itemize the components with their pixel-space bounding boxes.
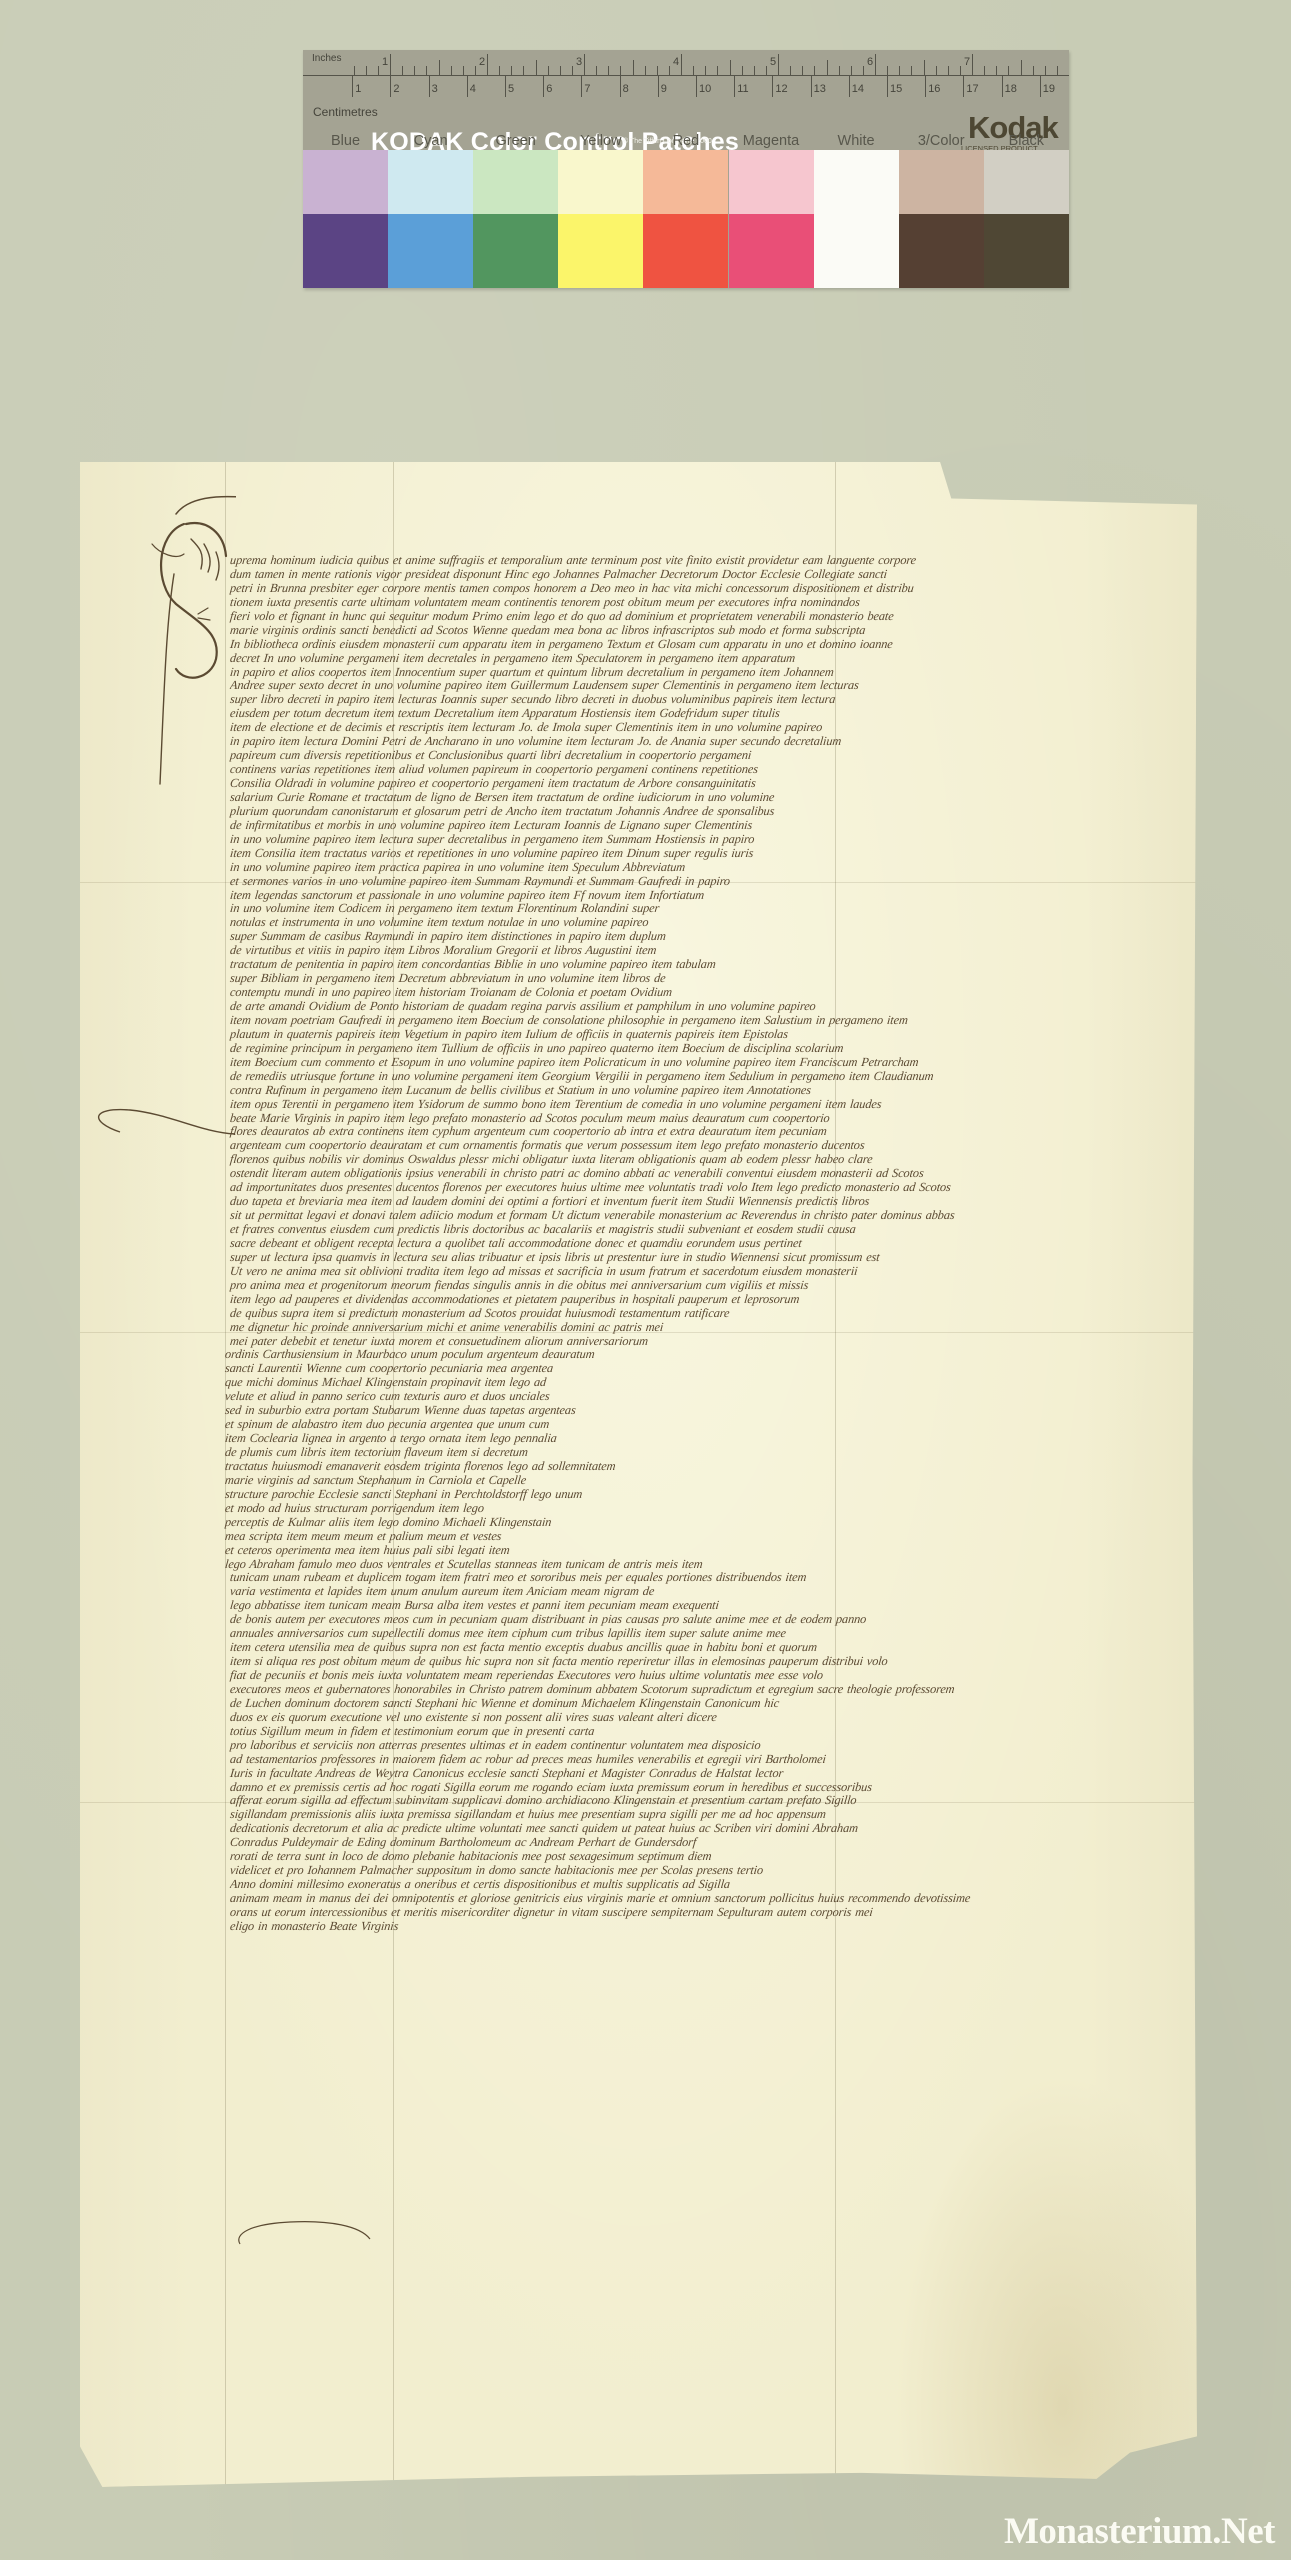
- ruler-inch-number: 1: [382, 56, 388, 68]
- manuscript-line: de infirmitatibus et morbis in uno volum…: [229, 819, 1205, 833]
- manuscript-line: et spinum de alabastro item duo pecunia …: [224, 1418, 1205, 1432]
- ruler-inch-tick: [936, 66, 937, 75]
- manuscript-line: de remediis utriusque fortune in uno vol…: [229, 1070, 1205, 1084]
- manuscript-line: animam meam in manus dei dei omnipotenti…: [229, 1892, 1205, 1906]
- manuscript-line: de Luchen dominum doctorem sancti Stepha…: [229, 1697, 1205, 1711]
- manuscript-line: notulas et instrumenta in uno volumine i…: [229, 916, 1205, 930]
- ruler-inch-tick: [693, 66, 694, 75]
- manuscript-line: pro anima mea et progenitorum meorum fie…: [229, 1279, 1205, 1293]
- ruler-cm-number: 15: [890, 83, 902, 95]
- color-patches: [303, 150, 1069, 288]
- manuscript-line: Consilia Oldradi in volumine papireo et …: [229, 777, 1205, 791]
- manuscript-line: fieri volo et fignant in hunc qui sequit…: [229, 610, 1205, 624]
- manuscript-line: in papiro item lectura Domini Petri de A…: [229, 735, 1205, 749]
- patch-light-cyan: [388, 150, 473, 214]
- ruler-inch-tick: [717, 66, 718, 75]
- manuscript-line: Ut vero ne anima mea sit oblivioni tradi…: [229, 1265, 1205, 1279]
- ruler-inch-tick: [814, 66, 815, 75]
- ruler-inch-number: 7: [964, 56, 970, 68]
- patch-light-green: [473, 150, 558, 214]
- ruler-cm-tick: [772, 75, 773, 97]
- manuscript-line: super Bibliam in pergameno item Decretum…: [229, 972, 1205, 986]
- manuscript-line: flores deauratos ab extra continens item…: [229, 1125, 1205, 1139]
- ruler-cm-tick: [925, 75, 926, 97]
- ruler-inch-tick: [378, 66, 379, 75]
- ruler-cm-tick: [390, 75, 391, 97]
- manuscript-line: de virtutibus et vitiis in papiro item L…: [229, 944, 1205, 958]
- patch-light-yellow: [558, 150, 643, 214]
- ruler-inch-tick: [778, 54, 779, 75]
- manuscript-line: item Coclearia lignea in argento a tergo…: [224, 1432, 1205, 1446]
- manuscript-line: Andree super sexto decret in uno volumin…: [229, 679, 1205, 693]
- manuscript-line: florenos quibus nobilis vir dominus Oswa…: [229, 1153, 1205, 1167]
- manuscript-line: lego abbatisse item tunicam meam Bursa a…: [229, 1599, 1205, 1613]
- patch-dark-cyan: [388, 214, 473, 288]
- manuscript-line: eiusdem per totum decretum item textum D…: [229, 707, 1205, 721]
- manuscript-line: varia vestimenta et lapides item unum an…: [229, 1585, 1205, 1599]
- ruler-inch-tick: [863, 66, 864, 75]
- ruler-cm-tick: [581, 75, 582, 97]
- ruler-inch-tick: [972, 54, 973, 75]
- ruler: Inches 123456712345678910111213141516171…: [303, 50, 1069, 98]
- ruler-inch-tick: [1008, 66, 1009, 75]
- manuscript-line: damno et ex premissis certis ad hoc roga…: [229, 1781, 1205, 1795]
- ruler-inch-tick: [887, 66, 888, 75]
- patch-light-blue: [303, 150, 388, 214]
- manuscript-line: et ceteros operimenta mea item huius pal…: [224, 1544, 1205, 1558]
- manuscript-line: contra Rufinum in pergameno item Lucanum…: [229, 1084, 1205, 1098]
- ruler-cm-tick: [658, 75, 659, 97]
- manuscript-line: et sermones varios in uno volumine papir…: [229, 875, 1205, 889]
- manuscript-line: argenteam cum coopertorio deauratam et c…: [229, 1139, 1205, 1153]
- manuscript-line: orans ut eorum intercessionibus et merit…: [229, 1906, 1205, 1920]
- manuscript-line: videlicet et pro Iohannem Palmacher supp…: [229, 1864, 1205, 1878]
- patch-dark-red: [643, 214, 728, 288]
- ruler-cm-tick: [543, 75, 544, 97]
- manuscript-line: pro laboribus et serviciis non atterras …: [229, 1739, 1205, 1753]
- manuscript-line: petri in Brunna presbiter eger corpore m…: [229, 582, 1205, 596]
- patch-label-yellow: Yellow: [558, 133, 643, 149]
- patch-light-magenta: [729, 150, 814, 214]
- manuscript-line: item legendas sanctorum et passionale in…: [229, 889, 1205, 903]
- manuscript-line: marie virginis ordinis sancti benedicti …: [229, 624, 1205, 638]
- ruler-cm-number: 2: [393, 83, 399, 95]
- ruler-inch-tick: [390, 54, 391, 75]
- ruler-cm-tick: [849, 75, 850, 97]
- patch-label-green: Green: [473, 133, 558, 149]
- manuscript-line: tractatus huiusmodi emanaverit eosdem tr…: [224, 1460, 1205, 1474]
- ruler-inch-tick: [511, 66, 512, 75]
- ruler-inch-tick: [1021, 60, 1022, 75]
- patch-dark-green: [473, 214, 558, 288]
- ruler-inch-tick: [463, 66, 464, 75]
- ruler-cm-tick: [1040, 75, 1041, 97]
- manuscript-document: uprema hominum iudicia quibus et anime s…: [80, 462, 1197, 2487]
- manuscript-line: item si aliqua res post obitum meum de q…: [229, 1655, 1205, 1669]
- manuscript-line: structure parochie Ecclesie sancti Steph…: [224, 1488, 1205, 1502]
- ruler-inch-tick: [536, 60, 537, 75]
- manuscript-line: tunicam unam rubeam et duplicem togam it…: [229, 1571, 1205, 1585]
- ruler-inch-tick: [742, 66, 743, 75]
- manuscript-line: beate Marie Virginis in papiro item lego…: [229, 1112, 1205, 1126]
- manuscript-line: et modo ad huius structuram porrigendum …: [224, 1502, 1205, 1516]
- manuscript-line: sacre debeant et obligent recepta lectur…: [229, 1237, 1205, 1251]
- manuscript-line: eligo in monasterio Beate Virginis: [229, 1920, 530, 1934]
- ruler-inch-number: 3: [576, 56, 582, 68]
- ruler-cm-number: 6: [546, 83, 552, 95]
- manuscript-line: item opus Terentii in pergameno item Ysi…: [229, 1098, 1205, 1112]
- patch-light-3-color: [899, 150, 984, 214]
- manuscript-line: totius Sigillum meum in fidem et testimo…: [229, 1725, 1205, 1739]
- patch-label-blue: Blue: [303, 133, 388, 149]
- ruler-cm-tick: [429, 75, 430, 97]
- ruler-inch-tick: [1045, 66, 1046, 75]
- manuscript-line: item Boecium cum commento et Esopum in u…: [229, 1056, 1205, 1070]
- manuscript-line: velute et aliud in panno serico cum text…: [224, 1390, 1205, 1404]
- ruler-inch-number: 6: [867, 56, 873, 68]
- manuscript-line: rorati de terra sunt in loco de domo ple…: [229, 1850, 1205, 1864]
- patch-light-red: [643, 150, 728, 214]
- ruler-baseline: [303, 75, 1069, 76]
- ruler-cm-number: 8: [623, 83, 629, 95]
- ruler-inch-tick: [645, 66, 646, 75]
- manuscript-line: ordinis Carthusiensium in Maurbaco unum …: [224, 1348, 1205, 1362]
- ruler-inch-tick: [366, 66, 367, 75]
- patch-white: [814, 150, 899, 288]
- manuscript-line: plautum in quaternis papireis item Veget…: [229, 1028, 1205, 1042]
- ruler-inch-tick: [499, 66, 500, 75]
- manuscript-line: et fratres conventus eiusdem cum predict…: [229, 1223, 1205, 1237]
- manuscript-line: in uno volumine item Codicem in pergamen…: [229, 902, 1205, 916]
- ruler-cm-number: 3: [432, 83, 438, 95]
- ruler-cm-number: 18: [1005, 83, 1017, 95]
- ruler-inch-tick: [451, 66, 452, 75]
- manuscript-line: fiat de pecuniis et bonis meis iuxta vol…: [229, 1669, 1205, 1683]
- ruler-cm-tick: [963, 75, 964, 97]
- manuscript-line: lego Abraham famulo meo duos ventrales e…: [224, 1558, 1205, 1572]
- ruler-inch-tick: [790, 66, 791, 75]
- ruler-inch-tick: [948, 66, 949, 75]
- patch-light-black: [984, 150, 1069, 214]
- manuscript-line: uprema hominum iudicia quibus et anime s…: [229, 554, 1205, 568]
- ruler-cm-number: 13: [814, 83, 826, 95]
- ruler-inch-tick: [487, 54, 488, 75]
- manuscript-line: tractatum de penitentia in papiro item c…: [229, 958, 1205, 972]
- ruler-inch-tick: [766, 66, 767, 75]
- manuscript-line: afferat eorum sigilla ad effectum subinv…: [229, 1794, 1205, 1808]
- manuscript-line: de arte amandi Ovidium de Ponto historia…: [229, 1000, 1205, 1014]
- ruler-inch-tick: [572, 66, 573, 75]
- manuscript-line: duos ex eis quorum executione vel uno ex…: [229, 1711, 1205, 1725]
- ruler-inches-label: Inches: [312, 53, 341, 64]
- monasterium-watermark: Monasterium.Net: [1004, 2510, 1275, 2553]
- manuscript-line: salarium Curie Romane et tractatum de li…: [229, 791, 1205, 805]
- manuscript-line: de quibus supra item si predictum monast…: [229, 1307, 1205, 1321]
- ruler-inch-tick: [1057, 66, 1058, 75]
- patch-label-magenta: Magenta: [729, 133, 814, 149]
- ruler-cm-tick: [352, 75, 353, 97]
- kodak-color-control-strip: Inches 123456712345678910111213141516171…: [303, 50, 1069, 288]
- manuscript-line: tionem iuxta presentis carte ultimam vol…: [229, 596, 1205, 610]
- patch-label-black: Black: [984, 133, 1069, 149]
- manuscript-line: mei pater debebit et tenetur iuxta morem…: [229, 1335, 1205, 1349]
- manuscript-line: super ut lectura ipsa quamvis in lectura…: [229, 1251, 1205, 1265]
- ruler-inch-tick: [426, 66, 427, 75]
- ruler-inch-number: 2: [479, 56, 485, 68]
- manuscript-line: dum tamen in mente rationis vigor presid…: [229, 568, 1205, 582]
- ruler-inch-tick: [754, 66, 755, 75]
- ruler-cm-number: 7: [584, 83, 590, 95]
- ruler-inch-tick: [560, 66, 561, 75]
- ruler-inch-tick: [911, 66, 912, 75]
- manuscript-text: uprema hominum iudicia quibus et anime s…: [230, 554, 1205, 1934]
- ruler-inch-tick: [354, 66, 355, 75]
- ruler-cm-number: 10: [699, 83, 711, 95]
- ruler-inch-tick: [414, 66, 415, 75]
- patch-label-red: Red: [643, 133, 728, 149]
- manuscript-line: de plumis cum libris item tectorium flav…: [224, 1446, 1205, 1460]
- manuscript-line: sed in suburbio extra portam Stubarum Wi…: [224, 1404, 1205, 1418]
- ruler-cm-tick: [467, 75, 468, 97]
- ruler-cm-number: 1: [355, 83, 361, 95]
- manuscript-line: ad importunitates duos presentes ducento…: [229, 1181, 1205, 1195]
- ruler-inch-tick: [839, 66, 840, 75]
- patch-label-white: White: [814, 133, 899, 149]
- margin-flourish-icon: [80, 1102, 240, 1142]
- manuscript-line: in uno volumine papireo item lectura sup…: [229, 833, 1205, 847]
- ruler-cm-tick: [620, 75, 621, 97]
- patch-label-cyan: Cyan: [388, 133, 473, 149]
- patch-label-3-color: 3/Color: [899, 133, 984, 149]
- ruler-inch-tick: [802, 66, 803, 75]
- manuscript-line: super Summam de casibus Raymundi in papi…: [229, 930, 1205, 944]
- manuscript-line: super libro decreti in papiro item lectu…: [229, 693, 1205, 707]
- ruler-inch-tick: [475, 66, 476, 75]
- manuscript-line: papireum cum diversis repetitionibus et …: [229, 749, 1205, 763]
- patch-dark-magenta: [729, 214, 814, 288]
- manuscript-line: sancti Laurentii Wienne cum coopertorio …: [224, 1362, 1205, 1376]
- ruler-inch-tick: [827, 60, 828, 75]
- manuscript-line: de regimine principum in pergameno item …: [229, 1042, 1205, 1056]
- manuscript-line: duo tapeta et breviaria mea item ad laud…: [229, 1195, 1205, 1209]
- manuscript-line: dedicationis decretorum et alia ac predi…: [229, 1822, 1205, 1836]
- ruler-inch-tick: [875, 54, 876, 75]
- ruler-inch-tick: [996, 66, 997, 75]
- ruler-cm-number: 16: [928, 83, 940, 95]
- ruler-inch-tick: [669, 66, 670, 75]
- ruler-inch-tick: [523, 66, 524, 75]
- ruler-inch-tick: [851, 66, 852, 75]
- ruler-inch-tick: [960, 66, 961, 75]
- manuscript-line: sit ut permittat legavi et donavi talem …: [229, 1209, 1205, 1223]
- manuscript-line: In bibliotheca ordinis eiusdem monasteri…: [229, 638, 1205, 652]
- ruler-inch-tick: [899, 66, 900, 75]
- ruler-cm-number: 11: [737, 83, 748, 95]
- manuscript-line: item Consilia item tractatus varios et r…: [229, 847, 1205, 861]
- ruler-cm-number: 12: [775, 83, 787, 95]
- ruler-inch-tick: [657, 66, 658, 75]
- ruler-inch-tick: [608, 66, 609, 75]
- manuscript-line: ad testamentarios professores in maiorem…: [229, 1753, 1205, 1767]
- ruler-inch-number: 4: [673, 56, 679, 68]
- manuscript-line: Iuris in facultate Andreas de Weytra Can…: [229, 1767, 1205, 1781]
- manuscript-line: item novam poetriam Gaufredi in pergamen…: [229, 1014, 1205, 1028]
- ruler-inch-tick: [681, 54, 682, 75]
- manuscript-line: marie virginis ad sanctum Stephanum in C…: [224, 1474, 1205, 1488]
- ruler-inch-tick: [439, 60, 440, 75]
- closing-flourish-icon: [230, 2214, 380, 2254]
- ruler-cm-tick: [734, 75, 735, 97]
- ruler-cm-number: 5: [508, 83, 514, 95]
- manuscript-line: ostendit literam autem obligationis ipsi…: [229, 1167, 1205, 1181]
- manuscript-line: Conradus Puldeymair de Eding dominum Bar…: [229, 1836, 1205, 1850]
- ruler-cm-number: 4: [470, 83, 476, 95]
- ruler-cm-tick: [696, 75, 697, 97]
- patch-dark-blue: [303, 214, 388, 288]
- manuscript-line: in papiro et alios coopertos item Innoce…: [229, 666, 1205, 680]
- ruler-cm-tick: [887, 75, 888, 97]
- ruler-inch-tick: [633, 60, 634, 75]
- patch-dark-black: [984, 214, 1069, 288]
- manuscript-line: mea scripta item meum meum et palium meu…: [224, 1530, 1205, 1544]
- ruler-inch-tick: [402, 66, 403, 75]
- manuscript-line: de bonis autem per executores meos cum i…: [229, 1613, 1205, 1627]
- manuscript-line: item cetera utensilia mea de quibus supr…: [229, 1641, 1205, 1655]
- ruler-inch-tick: [730, 60, 731, 75]
- manuscript-line: plurium quorundam canonistarum et glosar…: [229, 805, 1205, 819]
- manuscript-line: annuales anniversarios cum supellectili …: [229, 1627, 1205, 1641]
- ruler-cm-tick: [811, 75, 812, 97]
- ruler-cm-number: 9: [661, 83, 667, 95]
- manuscript-line: item de electione et de decimis et rescr…: [229, 721, 1205, 735]
- ruler-inch-tick: [596, 66, 597, 75]
- manuscript-line: item lego ad pauperes et dividendas acco…: [229, 1293, 1205, 1307]
- ruler-cm-number: 17: [966, 83, 978, 95]
- ruler-cm-number: 19: [1043, 83, 1055, 95]
- ruler-cm-tick: [505, 75, 506, 97]
- ruler-inch-tick: [984, 66, 985, 75]
- manuscript-line: sigillandam premissionis aliis iuxta pre…: [229, 1808, 1205, 1822]
- ruler-inch-number: 5: [770, 56, 776, 68]
- ruler-inch-tick: [924, 60, 925, 75]
- manuscript-line: Anno domini millesimo exoneratus a oneri…: [229, 1878, 1205, 1892]
- ruler-cm-tick: [1002, 75, 1003, 97]
- manuscript-line: in uno volumine papireo item practica pa…: [229, 861, 1205, 875]
- patch-dark-yellow: [558, 214, 643, 288]
- ruler-inch-tick: [705, 66, 706, 75]
- manuscript-line: continens varias repetitiones item aliud…: [229, 763, 1205, 777]
- patch-dark-3-color: [899, 214, 984, 288]
- manuscript-line: que michi dominus Michael Klingenstain p…: [224, 1376, 1205, 1390]
- decorated-initial-s-icon: [146, 494, 236, 794]
- ruler-centimetres-label: Centimetres: [313, 105, 378, 119]
- ruler-inch-tick: [548, 66, 549, 75]
- ruler-inch-tick: [620, 66, 621, 75]
- manuscript-line: executores meos et gubernatores honorabi…: [229, 1683, 1205, 1697]
- ruler-inch-tick: [1033, 66, 1034, 75]
- manuscript-line: perceptis de Kulmar aliis item lego domi…: [224, 1516, 1205, 1530]
- manuscript-line: decret In uno volumine pergameni item de…: [229, 652, 1205, 666]
- ruler-inch-tick: [584, 54, 585, 75]
- manuscript-line: me dignetur hic proinde anniversarium mi…: [229, 1321, 1205, 1335]
- manuscript-line: contemptu mundi in uno papireo item hist…: [229, 986, 1205, 1000]
- ruler-cm-number: 14: [852, 83, 864, 95]
